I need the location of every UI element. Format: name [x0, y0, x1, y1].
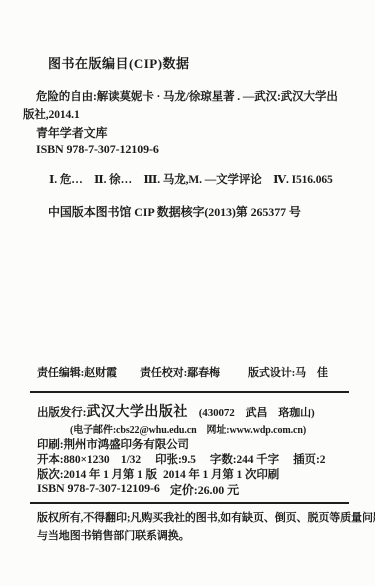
- book-price: 定价:26.00 元: [170, 481, 239, 498]
- publisher-name: 武汉大学出版社: [86, 405, 188, 420]
- series-title: 青年学者文库: [36, 124, 107, 141]
- copyright-notice-line-1: 版权所有,不得翻印;凡购买我社的图书,如有缺页、倒页、脱页等质量问题,请: [37, 509, 375, 525]
- cip-header: 图书在版编目(CIP)数据: [48, 53, 190, 72]
- publisher-contact: (电子邮件:cbs22@whu.edu.cn 网址:www.wdp.com.cn…: [70, 421, 306, 436]
- cip-isbn: ISBN 978-7-307-12109-6: [36, 142, 159, 157]
- responsible-proofreader: 责任校对:鄢春梅: [140, 364, 220, 380]
- publisher-label: 出版发行:: [37, 407, 86, 419]
- copyright-page: 图书在版编目(CIP)数据 危险的自由:解读莫妮卡 · 马龙/徐琼星著 . —武…: [0, 0, 375, 586]
- copyright-notice-line-2: 与当地图书销售部门联系调换。: [37, 527, 190, 543]
- publisher-location: (430072 武昌 珞珈山): [188, 407, 315, 419]
- publisher-row: 出版发行:武汉大学出版社 (430072 武昌 珞珈山): [37, 401, 315, 421]
- cip-entry-line-2: 版社,2014.1: [23, 106, 80, 122]
- divider-bottom: [30, 502, 349, 504]
- format-spec: 开本:880×1230 1/32 印张:9.5 字数:244 千字 插页:2: [37, 451, 325, 467]
- printer-info: 印刷:荆州市鸿盛印务有限公司: [37, 436, 189, 452]
- cip-record-number: 中国版本图书馆 CIP 数据核字(2013)第 265377 号: [48, 203, 301, 220]
- impression-info: 2014 年 1 月第 1 次印刷: [163, 466, 279, 482]
- book-isbn: ISBN 978-7-307-12109-6: [37, 481, 160, 496]
- layout-designer: 版式设计:马 佳: [248, 364, 328, 380]
- cip-entry-line-1: 危险的自由:解读莫妮卡 · 马龙/徐琼星著 . —武汉:武汉大学出: [36, 88, 338, 104]
- cip-classification: Ⅰ. 危… Ⅱ. 徐… Ⅲ. 马龙,M. —文学评论 Ⅳ. I516.065: [49, 171, 333, 187]
- edition-info: 版次:2014 年 1 月第 1 版: [37, 466, 157, 482]
- responsible-editor: 责任编辑:赵财霞: [37, 364, 117, 380]
- divider-top: [30, 391, 349, 393]
